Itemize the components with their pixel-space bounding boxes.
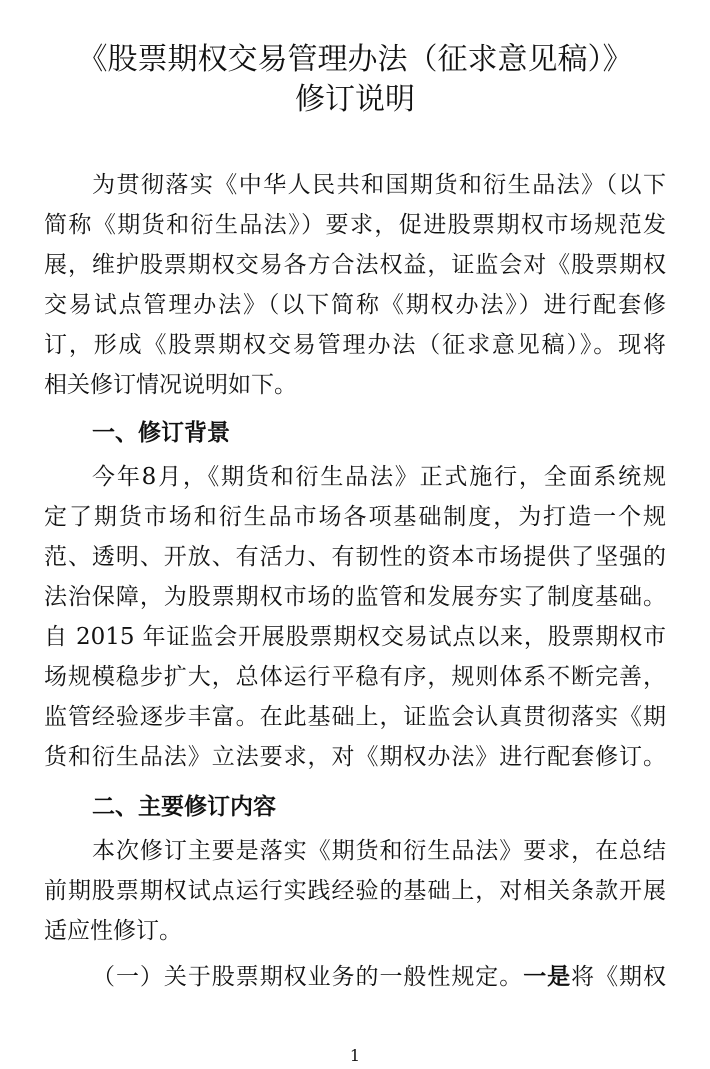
subsection-1-bold-lead: 一是 <box>523 964 571 990</box>
section1-line-1: 今年8月，《期货和衍生品法》正式施行，全面系统规 <box>92 462 666 492</box>
intro-line-4: 交易试点管理办法》（以下简称《期权办法》）进行配套修 <box>44 290 666 320</box>
section1-line-8: 货和衍生品法》立法要求，对《期权办法》进行配套修订。 <box>44 742 666 772</box>
subsection-1-tail: 将《期权 <box>571 964 666 990</box>
intro-line-6: 相关修订情况说明如下。 <box>44 370 666 400</box>
document-subtitle: 修订说明 <box>0 80 710 120</box>
subsection-1-line: （一）关于股票期权业务的一般性规定。一是将《期权 <box>92 962 666 992</box>
section1-line-5: 自 2015 年证监会开展股票期权交易试点以来，股票期权市 <box>44 622 666 652</box>
document-title: 《股票期权交易管理办法（征求意见稿）》 <box>0 40 710 80</box>
intro-line-2: 简称《期货和衍生品法》）要求，促进股票期权市场规范发 <box>44 210 666 240</box>
section-heading-main-revisions: 二、主要修订内容 <box>92 792 276 822</box>
intro-line-3: 展，维护股票期权交易各方合法权益，证监会对《股票期权 <box>44 250 666 280</box>
intro-line-5: 订，形成《股票期权交易管理办法（征求意见稿）》。现将 <box>44 330 666 360</box>
intro-line-1: 为贯彻落实《中华人民共和国期货和衍生品法》（以下 <box>92 170 666 200</box>
section1-line-2: 定了期货市场和衍生品市场各项基础制度，为打造一个规 <box>44 502 666 532</box>
section-heading-background: 一、修订背景 <box>92 418 230 448</box>
section1-line-4: 法治保障，为股票期权市场的监管和发展夯实了制度基础。 <box>44 582 666 612</box>
section2-line-2: 前期股票期权试点运行实践经验的基础上，对相关条款开展 <box>44 876 666 906</box>
section1-line-3: 范、透明、开放、有活力、有韧性的资本市场提供了坚强的 <box>44 542 666 572</box>
section2-line-3: 适应性修订。 <box>44 916 666 946</box>
page-number: 1 <box>0 1046 710 1066</box>
section1-line-7: 监管经验逐步丰富。在此基础上，证监会认真贯彻落实《期 <box>44 702 666 732</box>
subsection-1-label: （一）关于股票期权业务的一般性规定。 <box>92 964 523 990</box>
document-page: 《股票期权交易管理办法（征求意见稿）》 修订说明 为贯彻落实《中华人民共和国期货… <box>0 0 710 1069</box>
section2-line-1: 本次修订主要是落实《期货和衍生品法》要求，在总结 <box>92 836 666 866</box>
section1-line-6: 场规模稳步扩大，总体运行平稳有序，规则体系不断完善， <box>44 662 666 692</box>
